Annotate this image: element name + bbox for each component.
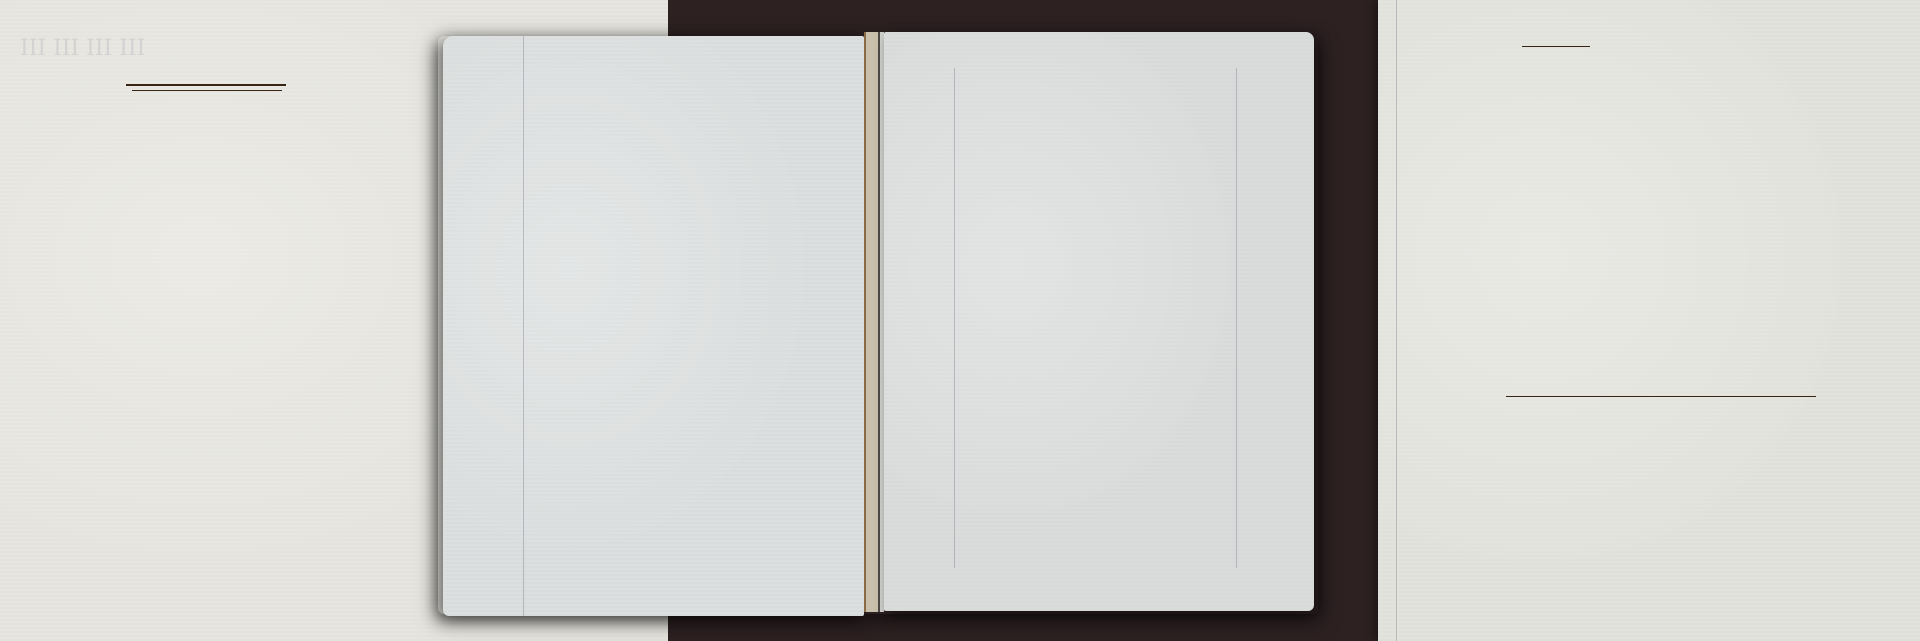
- book-left-page: [443, 36, 864, 616]
- section-divider: [1506, 396, 1816, 397]
- bleed-through-text: ⅠⅠⅠ ⅠⅠⅠ ⅠⅠⅠ ⅠⅠⅠ: [20, 36, 145, 61]
- title-rule: [132, 90, 282, 91]
- book-right-page: [884, 32, 1314, 611]
- title-rule: [1522, 46, 1590, 47]
- margin-line: [1236, 68, 1237, 568]
- margin-line: [954, 68, 955, 568]
- book-spine: [864, 32, 884, 612]
- manuscript-sheet-right: [1378, 0, 1920, 641]
- title-rule: [126, 84, 286, 86]
- margin-line: [523, 36, 524, 616]
- margin-line: [1396, 0, 1397, 641]
